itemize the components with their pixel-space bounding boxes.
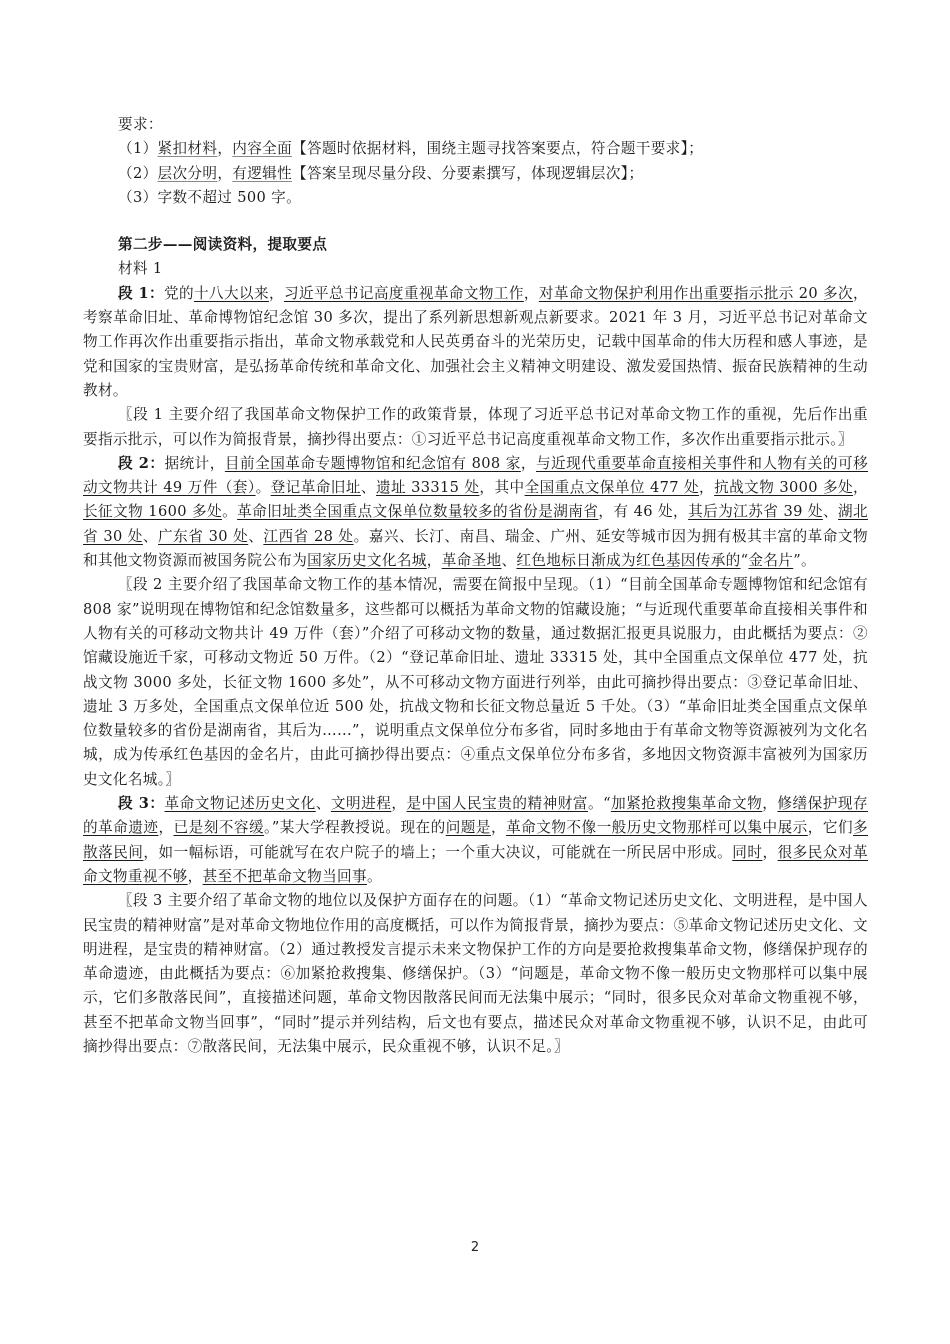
underlined-phrase: 目前全国革命专题博物馆和纪念馆有 808 家 (225, 455, 521, 472)
underlined-phrase: 革命文物记述历史文化 (165, 795, 316, 812)
separator: ， (217, 140, 232, 157)
text-run: ， (762, 844, 777, 861)
underlined-phrase: 是中国人民宝贵的精神财富 (407, 795, 588, 812)
underlined-phrase: 对革命文物保护利用作出重要指示批示 20 多次 (539, 285, 853, 302)
text-run: ， (188, 868, 203, 885)
text-run: ，如一幅标语，可能就写在农户院子的墙上；一个重大决议，可能就在一所民居中形成。 (143, 844, 732, 861)
text-run: 。 (222, 503, 237, 520)
requirement-note: 【答题时依据材料，围绕主题寻找答案要点，符合题干要求】； (292, 140, 703, 157)
underlined-phrase: 习近平总书记高度重视革命文物工作 (284, 285, 524, 302)
paragraph-3: 段 3：革命文物记述历史文化、文明进程，是中国人民宝贵的精神财富。“加紧抢救搜集… (83, 792, 868, 889)
requirement-text: 字数不超过 500 字。 (158, 189, 302, 206)
text-run: 。 (256, 479, 271, 496)
text-run: ， (269, 285, 284, 302)
underlined-phrase: 已是刻不容缓 (174, 819, 265, 836)
text-run: 、 (823, 503, 838, 520)
requirements-title: 要求： (83, 113, 868, 137)
text-run: 、 (248, 528, 263, 545)
underlined-phrase: 江西省 28 处 (263, 528, 353, 545)
text-run: ， (853, 479, 868, 496)
text-run: ”。 (793, 552, 816, 569)
text-run: ， (521, 455, 536, 472)
paragraph-label: 段 1： (118, 285, 164, 302)
text-run: 。“ (588, 795, 611, 812)
text-run: 党的 (164, 285, 194, 302)
paragraph-label: 段 2： (118, 455, 164, 472)
underlined-phrase: 广东省 30 处 (158, 528, 248, 545)
paragraph-1: 段 1：党的十八大以来，习近平总书记高度重视革命文物工作，对革命文物保护利用作出… (83, 282, 868, 403)
requirement-note: 【答案呈现尽量分段、分要素撰写，体现逻辑层次】； (292, 165, 643, 182)
requirement-item-3: （3）字数不超过 500 字。 (83, 186, 868, 210)
spacer (83, 210, 868, 233)
analysis-note-2: 〖段 2 主要介绍了我国革命文物工作的基本情况，需要在简报中呈现。（1）“目前全… (83, 573, 868, 792)
text-run: ， (427, 552, 442, 569)
underlined-phrase: 层次分明 (158, 165, 218, 182)
underlined-phrase: 国家历史文化名城 (307, 552, 427, 569)
text-run: ， (762, 795, 777, 812)
underlined-phrase: 有逻辑性 (232, 165, 292, 182)
underlined-phrase: 十八大以来 (194, 285, 269, 302)
item-number: （3） (118, 189, 158, 206)
item-number: （2） (118, 165, 158, 182)
underlined-phrase: 紧扣材料 (158, 140, 218, 157)
underlined-phrase: 问题是 (446, 819, 491, 836)
text-run: ，其中 (479, 479, 524, 496)
underlined-phrase: 内容全面 (232, 140, 292, 157)
requirement-item-2: （2）层次分明，有逻辑性【答案呈现尽量分段、分要素撰写，体现逻辑层次】； (83, 162, 868, 186)
text-run: 据统计， (164, 455, 224, 472)
underlined-phrase: 其后为江苏省 39 处 (688, 503, 823, 520)
requirement-item-1: （1）紧扣材料，内容全面【答题时依据材料，围绕主题寻找答案要点，符合题干要求】； (83, 137, 868, 161)
underlined-phrase: 革命圣地 (442, 552, 502, 569)
text-run: ，它们 (808, 819, 853, 836)
text-run: 、 (316, 795, 331, 812)
text-run: 。 (367, 868, 382, 885)
separator: ， (217, 165, 232, 182)
material-label: 材料 1 (83, 257, 868, 281)
underlined-phrase: 同时 (732, 844, 762, 861)
text-run: 、 (361, 479, 376, 496)
underlined-phrase: 甚至不把革命文物当回事 (203, 868, 367, 885)
analysis-note-1: 〖段 1 主要介绍了我国革命文物保护工作的政策背景，体现了习近平总书记对革命文物… (83, 403, 868, 452)
text-run: 、 (143, 528, 158, 545)
text-run: ， (699, 479, 714, 496)
text-run: ， (491, 819, 506, 836)
item-number: （1） (118, 140, 158, 157)
text-run: ， (524, 285, 539, 302)
underlined-phrase: 抗战文物 3000 多处 (714, 479, 853, 496)
text-run: ， (158, 819, 173, 836)
text-run: ， (391, 795, 406, 812)
text-run: ，有 46 处， (598, 503, 688, 520)
underlined-phrase: 革命文物不像一般历史文物那样可以集中展示 (506, 819, 808, 836)
underlined-phrase: 长征文物 1600 多处 (83, 503, 222, 520)
analysis-note-3: 〖段 3 主要介绍了革命文物的地位以及保护方面存在的问题。（1）“革命文物记述历… (83, 889, 868, 1059)
paragraph-label: 段 3： (118, 795, 165, 812)
underlined-phrase: 革命旧址类全国重点文保单位数量较多的省份是湖南省 (237, 503, 598, 520)
section-heading: 第二步——阅读资料，提取要点 (83, 233, 868, 257)
underlined-phrase: 全国重点文保单位 477 处 (525, 479, 699, 496)
underlined-phrase: 遗址 33315 处 (376, 479, 479, 496)
underlined-phrase: 红色地标日渐成为红色基因传承的 (516, 552, 740, 569)
paragraph-2: 段 2：据统计，目前全国革命专题博物馆和纪念馆有 808 家，与近现代重要革命直… (83, 452, 868, 573)
text-run: 。”某大学程教授说。现在的 (264, 819, 446, 836)
document-page: 要求： （1）紧扣材料，内容全面【答题时依据材料，围绕主题寻找答案要点，符合题干… (83, 113, 868, 1059)
underlined-phrase: 文明进程 (331, 795, 391, 812)
underlined-phrase: 登记革命旧址 (271, 479, 361, 496)
underlined-phrase: 加紧抢救搜集革命文物 (611, 795, 762, 812)
underlined-phrase: 金名片 (748, 552, 793, 569)
text-run: 、 (501, 552, 516, 569)
page-number: 2 (0, 1240, 950, 1255)
